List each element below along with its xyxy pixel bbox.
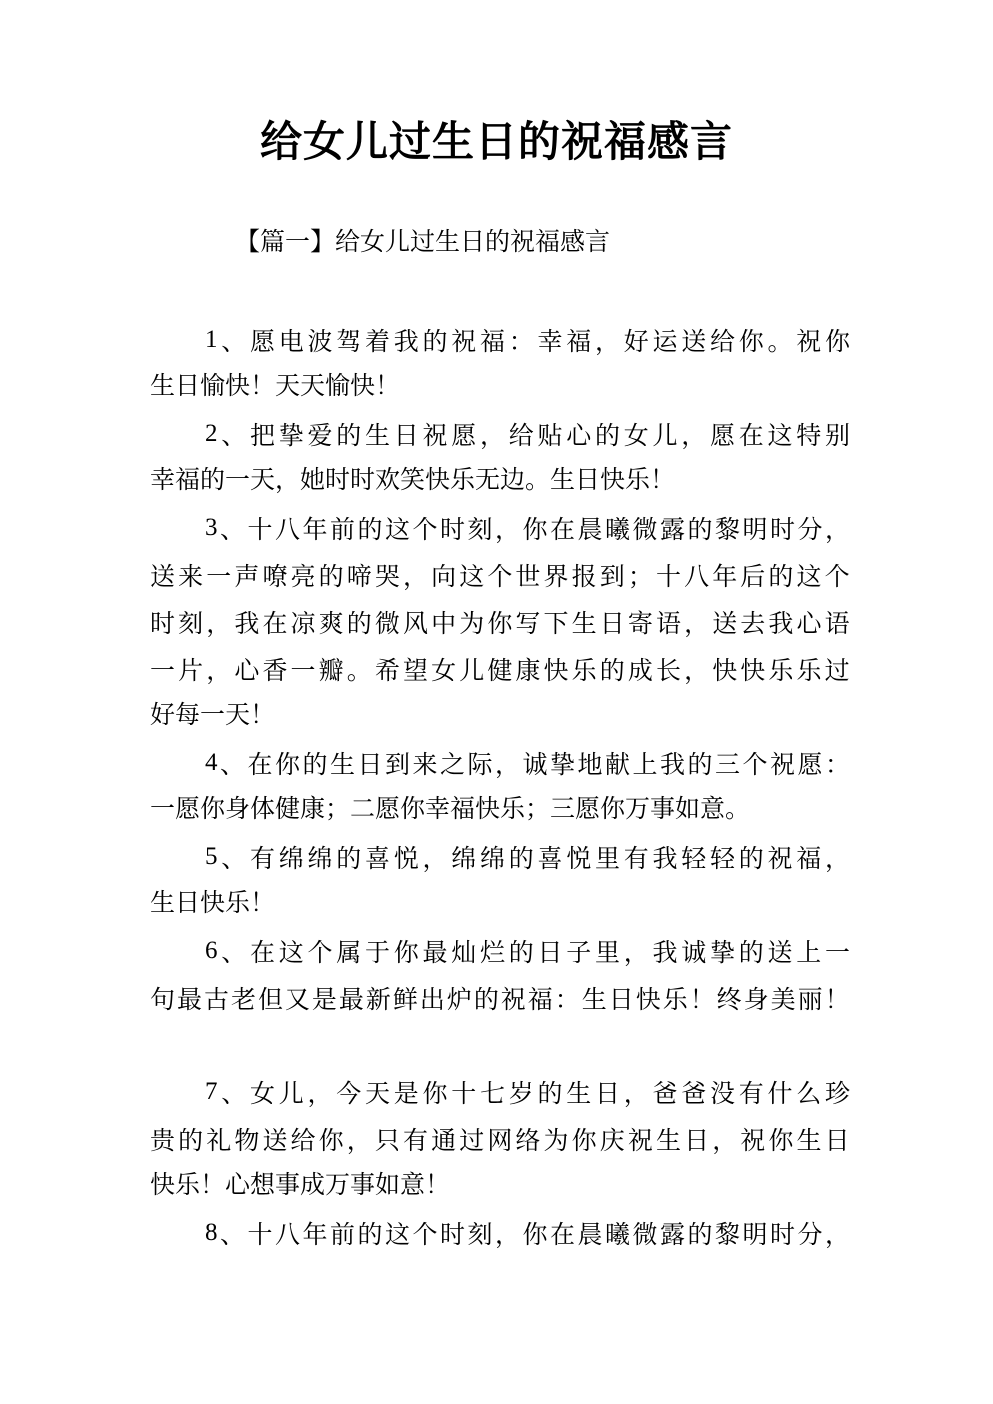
glyph: 个 — [412, 1215, 437, 1251]
glyph: 的 — [422, 322, 447, 358]
glyph: 通 — [431, 1121, 456, 1157]
glyph: 的 — [178, 1121, 203, 1157]
glyph: 送 — [712, 604, 737, 640]
glyph: 女 — [250, 1074, 275, 1110]
paragraph: 4、在你的生日到来之际，诚挚地献上我的三个祝愿：一愿你身体健康；二愿你幸福快乐；… — [150, 739, 850, 833]
glyph: 世 — [515, 557, 540, 593]
glyph: 一 — [150, 651, 175, 687]
glyph: 物 — [234, 1121, 259, 1157]
glyph: 生 — [797, 1121, 822, 1157]
glyph: 里 — [595, 839, 620, 875]
glyph: 嘹 — [262, 557, 287, 593]
glyph: 在 — [550, 1215, 575, 1251]
glyph: 时 — [770, 1215, 795, 1251]
glyph: 刻 — [467, 510, 492, 546]
glyph: 十 — [247, 510, 272, 546]
glyph: 生 — [365, 416, 390, 452]
glyph: 报 — [572, 557, 597, 593]
glyph: 祝 — [767, 839, 792, 875]
glyph: 。 — [347, 651, 372, 687]
glyph: 乐 — [768, 651, 793, 687]
glyph: 、 — [221, 322, 246, 358]
glyph: 的 — [509, 839, 534, 875]
glyph: 时 — [770, 510, 795, 546]
glyph: 祝 — [796, 322, 821, 358]
glyph: 中 — [431, 604, 456, 640]
paragraph: 8、十八年前的这个时刻，你在晨曦微露的黎明时分， — [150, 1209, 850, 1256]
glyph: 寄 — [628, 604, 653, 640]
text-line: 2、把挚爱的生日祝愿，给贴心的女儿，愿在这特别 — [150, 410, 850, 457]
paragraph: 7、女儿，今天是你十七岁的生日，爸爸没有什么珍贵的礼物送给你，只有通过网络为你庆… — [150, 1068, 850, 1209]
glyph: 露 — [660, 1215, 685, 1251]
glyph: 你 — [422, 1074, 447, 1110]
glyph: 来 — [178, 557, 203, 593]
glyph: 的 — [768, 557, 793, 593]
glyph: 乐 — [663, 980, 688, 1016]
glyph: 生 — [572, 604, 597, 640]
text-line: 贵的礼物送给你，只有通过网络为你庆祝生日，祝你生日 — [150, 1115, 850, 1162]
glyph: 福 — [796, 839, 821, 875]
text-line: 一愿你身体健康；二愿你幸福快乐；三愿你万事如意。 — [150, 786, 850, 833]
glyph: 又 — [285, 980, 310, 1016]
glyph: 的 — [600, 651, 625, 687]
text-line: 6、在这个属于你最灿烂的日子里，我诚挚的送上一 — [150, 927, 850, 974]
glyph: 微 — [375, 604, 400, 640]
glyph: 送 — [262, 1121, 287, 1157]
glyph: 为 — [459, 604, 484, 640]
glyph: 2 — [205, 420, 218, 448]
glyph: 我 — [652, 839, 677, 875]
glyph: 生 — [656, 1121, 681, 1157]
glyph: 声 — [234, 557, 259, 593]
glyph: 日 — [600, 604, 625, 640]
glyph: 波 — [307, 322, 332, 358]
blank-text-line — [150, 1021, 850, 1068]
glyph: 你 — [275, 745, 300, 781]
glyph: 这 — [385, 510, 410, 546]
glyph: 贵 — [150, 1121, 175, 1157]
glyph: 过 — [825, 651, 850, 687]
glyph: ， — [422, 839, 447, 875]
glyph: 5 — [205, 843, 218, 871]
glyph: 把 — [250, 416, 275, 452]
glyph: 什 — [767, 1074, 792, 1110]
glyph: 喜 — [537, 839, 562, 875]
glyph: 挚 — [279, 416, 304, 452]
glyph: 鲜 — [393, 980, 418, 1016]
glyph: 4 — [205, 749, 218, 777]
glyph: 你 — [487, 604, 512, 640]
glyph: 个 — [825, 557, 850, 593]
glyph: 望 — [403, 651, 428, 687]
glyph: 只 — [375, 1121, 400, 1157]
glyph: 、 — [220, 745, 245, 781]
glyph: 女 — [431, 651, 456, 687]
glyph: 界 — [544, 557, 569, 593]
glyph: 的 — [302, 745, 327, 781]
glyph: 愿 — [451, 416, 476, 452]
glyph: 炉 — [447, 980, 472, 1016]
glyph: 爸 — [652, 1074, 677, 1110]
glyph: 新 — [366, 980, 391, 1016]
glyph: 八 — [275, 1215, 300, 1251]
glyph: 际 — [467, 745, 492, 781]
glyph: 驾 — [336, 322, 361, 358]
glyph: 刻 — [467, 1215, 492, 1251]
glyph: 愿 — [710, 416, 735, 452]
glyph: 着 — [365, 322, 390, 358]
glyph: 有 — [739, 1074, 764, 1110]
glyph: 你 — [572, 1121, 597, 1157]
paragraph: 1、愿电波驾着我的祝福：幸福，好运送给你。祝你生日愉快！天天愉快！ — [150, 316, 850, 410]
glyph: 古 — [204, 980, 229, 1016]
glyph: 下 — [544, 604, 569, 640]
text-line: 1、愿电波驾着我的祝福：幸福，好运送给你。祝你 — [150, 316, 850, 363]
glyph: 儿 — [279, 1074, 304, 1110]
glyph: 献 — [605, 745, 630, 781]
glyph: 露 — [660, 510, 685, 546]
glyph: 、 — [221, 839, 246, 875]
glyph: 明 — [742, 1215, 767, 1251]
glyph: 日 — [357, 745, 382, 781]
glyph: 健 — [487, 651, 512, 687]
glyph: 这 — [279, 933, 304, 969]
glyph: 日 — [394, 416, 419, 452]
glyph: 的 — [357, 510, 382, 546]
glyph: 年 — [302, 510, 327, 546]
glyph: 心 — [797, 604, 822, 640]
glyph: 地 — [577, 745, 602, 781]
text-line: 幸福的一天，她时时欢笑快乐无边。生日快乐！ — [150, 457, 850, 504]
glyph: 凉 — [291, 604, 316, 640]
glyph: ， — [206, 604, 231, 640]
glyph: 时 — [440, 510, 465, 546]
glyph: 、 — [221, 1074, 246, 1110]
glyph: 乐 — [797, 651, 822, 687]
glyph: 于 — [365, 933, 390, 969]
glyph: ， — [347, 1121, 372, 1157]
glyph: 生 — [582, 980, 607, 1016]
glyph: 祝 — [770, 745, 795, 781]
glyph: 去 — [740, 604, 765, 640]
text-line: 生日快乐！ — [150, 880, 850, 927]
glyph: 里 — [595, 933, 620, 969]
glyph: 日 — [684, 1121, 709, 1157]
glyph: ， — [495, 745, 520, 781]
glyph: 没 — [710, 1074, 735, 1110]
glyph: 福 — [480, 322, 505, 358]
glyph: 个 — [742, 745, 767, 781]
glyph: 心 — [566, 416, 591, 452]
glyph: 的 — [595, 416, 620, 452]
glyph: 的 — [319, 557, 344, 593]
glyph: ； — [628, 557, 653, 593]
glyph: 在 — [550, 510, 575, 546]
glyph: 希 — [375, 651, 400, 687]
glyph: 丽 — [798, 980, 823, 1016]
glyph: 快 — [636, 980, 661, 1016]
glyph: ， — [495, 510, 520, 546]
glyph: 终 — [717, 980, 742, 1016]
glyph: ： — [509, 322, 534, 358]
glyph: 你 — [522, 510, 547, 546]
glyph: 年 — [712, 557, 737, 593]
glyph: 祝 — [451, 322, 476, 358]
glyph: 最 — [339, 980, 364, 1016]
glyph: 的 — [687, 510, 712, 546]
glyph: ， — [403, 557, 428, 593]
glyph: 悦 — [566, 839, 591, 875]
glyph: ！ — [825, 980, 850, 1016]
glyph: ， — [624, 1074, 649, 1110]
glyph: 前 — [330, 1215, 355, 1251]
glyph: 悦 — [394, 839, 419, 875]
text-line: 7、女儿，今天是你十七岁的生日，爸爸没有什么珍 — [150, 1068, 850, 1115]
text-line: 快乐！心想事成万事如意！ — [150, 1162, 850, 1209]
glyph: 曦 — [605, 510, 630, 546]
glyph: 礼 — [206, 1121, 231, 1157]
glyph: 为 — [544, 1121, 569, 1157]
glyph: 分 — [797, 510, 822, 546]
glyph: 绵 — [279, 839, 304, 875]
glyph: 烂 — [480, 933, 505, 969]
glyph: 的 — [336, 839, 361, 875]
glyph: 绵 — [451, 839, 476, 875]
glyph: 在 — [247, 745, 272, 781]
blank-line — [150, 1021, 850, 1068]
glyph: 黎 — [715, 510, 740, 546]
glyph: 的 — [687, 1215, 712, 1251]
glyph: 、 — [221, 933, 246, 969]
glyph: 绵 — [480, 839, 505, 875]
glyph: 老 — [231, 980, 256, 1016]
glyph: 、 — [220, 510, 245, 546]
glyph: ， — [712, 1121, 737, 1157]
glyph: 庆 — [600, 1121, 625, 1157]
text-line: 一片，心香一瓣。希望女儿健康快乐的成长，快快乐乐过 — [150, 645, 850, 692]
glyph: 七 — [480, 1074, 505, 1110]
text-line: 3、十八年前的这个时刻，你在晨曦微露的黎明时分， — [150, 504, 850, 551]
glyph: 特 — [796, 416, 821, 452]
glyph: 给 — [291, 1121, 316, 1157]
glyph: 啼 — [347, 557, 372, 593]
glyph: 微 — [632, 510, 657, 546]
glyph: 曦 — [605, 1215, 630, 1251]
glyph: 一 — [206, 557, 231, 593]
glyph: 愿 — [250, 322, 275, 358]
text-line: 句最古老但又是最新鲜出炉的祝福：生日快乐！终身美丽！ — [150, 974, 850, 1021]
glyph: 晨 — [577, 1215, 602, 1251]
glyph: 是 — [312, 980, 337, 1016]
glyph: 给 — [710, 322, 735, 358]
glyph: ， — [684, 604, 709, 640]
glyph: 日 — [825, 1121, 850, 1157]
glyph: 轻 — [710, 839, 735, 875]
glyph: 心 — [234, 651, 259, 687]
glyph: 上 — [796, 933, 821, 969]
glyph: 日 — [609, 980, 634, 1016]
glyph: 三 — [715, 745, 740, 781]
glyph: 最 — [177, 980, 202, 1016]
text-line: 5、有绵绵的喜悦，绵绵的喜悦里有我轻轻的祝福， — [150, 833, 850, 880]
glyph: ， — [825, 1215, 850, 1251]
glyph: 的 — [537, 1074, 562, 1110]
glyph: 天 — [365, 1074, 390, 1110]
glyph: 语 — [656, 604, 681, 640]
glyph: 身 — [744, 980, 769, 1016]
glyph: 、 — [221, 416, 246, 452]
glyph: ， — [681, 416, 706, 452]
glyph: 喜 — [365, 839, 390, 875]
glyph: 福 — [528, 980, 553, 1016]
glyph: 我 — [768, 604, 793, 640]
glyph: 你 — [394, 933, 419, 969]
glyph: 祝 — [501, 980, 526, 1016]
glyph: 的 — [687, 745, 712, 781]
glyph: 祝 — [740, 1121, 765, 1157]
glyph: 儿 — [459, 651, 484, 687]
glyph: 送 — [150, 557, 175, 593]
glyph: 到 — [385, 745, 410, 781]
glyph: 我 — [652, 933, 677, 969]
glyph: 美 — [771, 980, 796, 1016]
glyph: 香 — [262, 651, 287, 687]
glyph: 最 — [422, 933, 447, 969]
glyph: ， — [206, 651, 231, 687]
document-title: 给女儿过生日的祝福感言 — [0, 116, 993, 168]
glyph: 向 — [431, 557, 456, 593]
glyph: ， — [480, 416, 505, 452]
glyph: 后 — [740, 557, 765, 593]
glyph: 我 — [660, 745, 685, 781]
glyph: 快 — [740, 651, 765, 687]
glyph: 愿 — [797, 745, 822, 781]
glyph: 络 — [515, 1121, 540, 1157]
glyph: 瓣 — [319, 651, 344, 687]
glyph: 是 — [394, 1074, 419, 1110]
text-line: 4、在你的生日到来之际，诚挚地献上我的三个祝愿： — [150, 739, 850, 786]
glyph: 我 — [394, 322, 419, 358]
glyph: 子 — [566, 933, 591, 969]
glyph: ： — [825, 745, 850, 781]
glyph: 上 — [632, 745, 657, 781]
glyph: 别 — [825, 416, 850, 452]
glyph: 我 — [234, 604, 259, 640]
glyph: 珍 — [825, 1074, 850, 1110]
glyph: 的 — [509, 933, 534, 969]
glyph: 灿 — [451, 933, 476, 969]
glyph: 1 — [205, 326, 218, 354]
glyph: 康 — [515, 651, 540, 687]
paragraph: 3、十八年前的这个时刻，你在晨曦微露的黎明时分，送来一声嘹亮的啼哭，向这个世界报… — [150, 504, 850, 739]
glyph: 这 — [459, 557, 484, 593]
glyph: 刻 — [178, 604, 203, 640]
glyph: 的 — [474, 980, 499, 1016]
glyph: 十 — [656, 557, 681, 593]
glyph: ， — [595, 322, 620, 358]
glyph: 亮 — [291, 557, 316, 593]
glyph: 个 — [307, 933, 332, 969]
glyph: 爽 — [319, 604, 344, 640]
glyph: 今 — [336, 1074, 361, 1110]
glyph: ， — [495, 1215, 520, 1251]
glyph: 8 — [205, 1219, 218, 1247]
glyph: 给 — [509, 416, 534, 452]
glyph: 语 — [825, 604, 850, 640]
paragraph: 6、在这个属于你最灿烂的日子里，我诚挚的送上一句最古老但又是最新鲜出炉的祝福：生… — [150, 927, 850, 1021]
section-heading: 【篇一】给女儿过生日的祝福感言 — [235, 224, 610, 262]
glyph: 、 — [220, 1215, 245, 1251]
glyph: 挚 — [550, 745, 575, 781]
glyph: 前 — [330, 510, 355, 546]
text-line: 送来一声嘹亮的啼哭，向这个世界报到；十八年后的这个 — [150, 551, 850, 598]
document-body: 1、愿电波驾着我的祝福：幸福，好运送给你。祝你生日愉快！天天愉快！2、把挚爱的生… — [150, 316, 850, 1256]
glyph: 绵 — [307, 839, 332, 875]
glyph: 在 — [739, 416, 764, 452]
glyph: 一 — [291, 651, 316, 687]
glyph: 但 — [258, 980, 283, 1016]
glyph: 长 — [656, 651, 681, 687]
glyph: 送 — [681, 322, 706, 358]
glyph: 你 — [825, 322, 850, 358]
text-line: 8、十八年前的这个时刻，你在晨曦微露的黎明时分， — [150, 1209, 850, 1256]
glyph: 诚 — [522, 745, 547, 781]
glyph: 祝 — [422, 416, 447, 452]
glyph: 个 — [412, 510, 437, 546]
glyph: 这 — [385, 1215, 410, 1251]
glyph: 幸 — [537, 322, 562, 358]
text-line: 时刻，我在凉爽的微风中为你写下生日寄语，送去我心语 — [150, 598, 850, 645]
glyph: 祝 — [628, 1121, 653, 1157]
glyph: 么 — [796, 1074, 821, 1110]
glyph: 3 — [205, 514, 218, 542]
glyph: 八 — [684, 557, 709, 593]
glyph: 八 — [275, 510, 300, 546]
glyph: 7 — [205, 1078, 218, 1106]
glyph: 年 — [302, 1215, 327, 1251]
glyph: ， — [684, 651, 709, 687]
glyph: 爸 — [681, 1074, 706, 1110]
glyph: 快 — [544, 651, 569, 687]
glyph: 儿 — [652, 416, 677, 452]
glyph: 你 — [319, 1121, 344, 1157]
paragraph: 5、有绵绵的喜悦，绵绵的喜悦里有我轻轻的祝福，生日快乐！ — [150, 833, 850, 927]
glyph: 这 — [797, 557, 822, 593]
glyph: 黎 — [715, 1215, 740, 1251]
glyph: 的 — [357, 1215, 382, 1251]
glyph: ， — [825, 839, 850, 875]
glyph: 过 — [459, 1121, 484, 1157]
paragraph: 2、把挚爱的生日祝愿，给贴心的女儿，愿在这特别幸福的一天，她时时欢笑快乐无边。生… — [150, 410, 850, 504]
glyph: ！ — [690, 980, 715, 1016]
glyph: 挚 — [710, 933, 735, 969]
glyph: 电 — [279, 322, 304, 358]
document-page: 给女儿过生日的祝福感言 【篇一】给女儿过生日的祝福感言 1、愿电波驾着我的祝福：… — [0, 0, 993, 1404]
glyph: 时 — [440, 1215, 465, 1251]
glyph: 网 — [487, 1121, 512, 1157]
glyph: 你 — [739, 322, 764, 358]
glyph: 的 — [336, 416, 361, 452]
glyph: 哭 — [375, 557, 400, 593]
glyph: 之 — [440, 745, 465, 781]
glyph: 有 — [250, 839, 275, 875]
text-line: 好每一天！ — [150, 692, 850, 739]
glyph: 片 — [178, 651, 203, 687]
glyph: 运 — [652, 322, 677, 358]
glyph: 写 — [515, 604, 540, 640]
glyph: ， — [825, 510, 850, 546]
glyph: 的 — [739, 933, 764, 969]
